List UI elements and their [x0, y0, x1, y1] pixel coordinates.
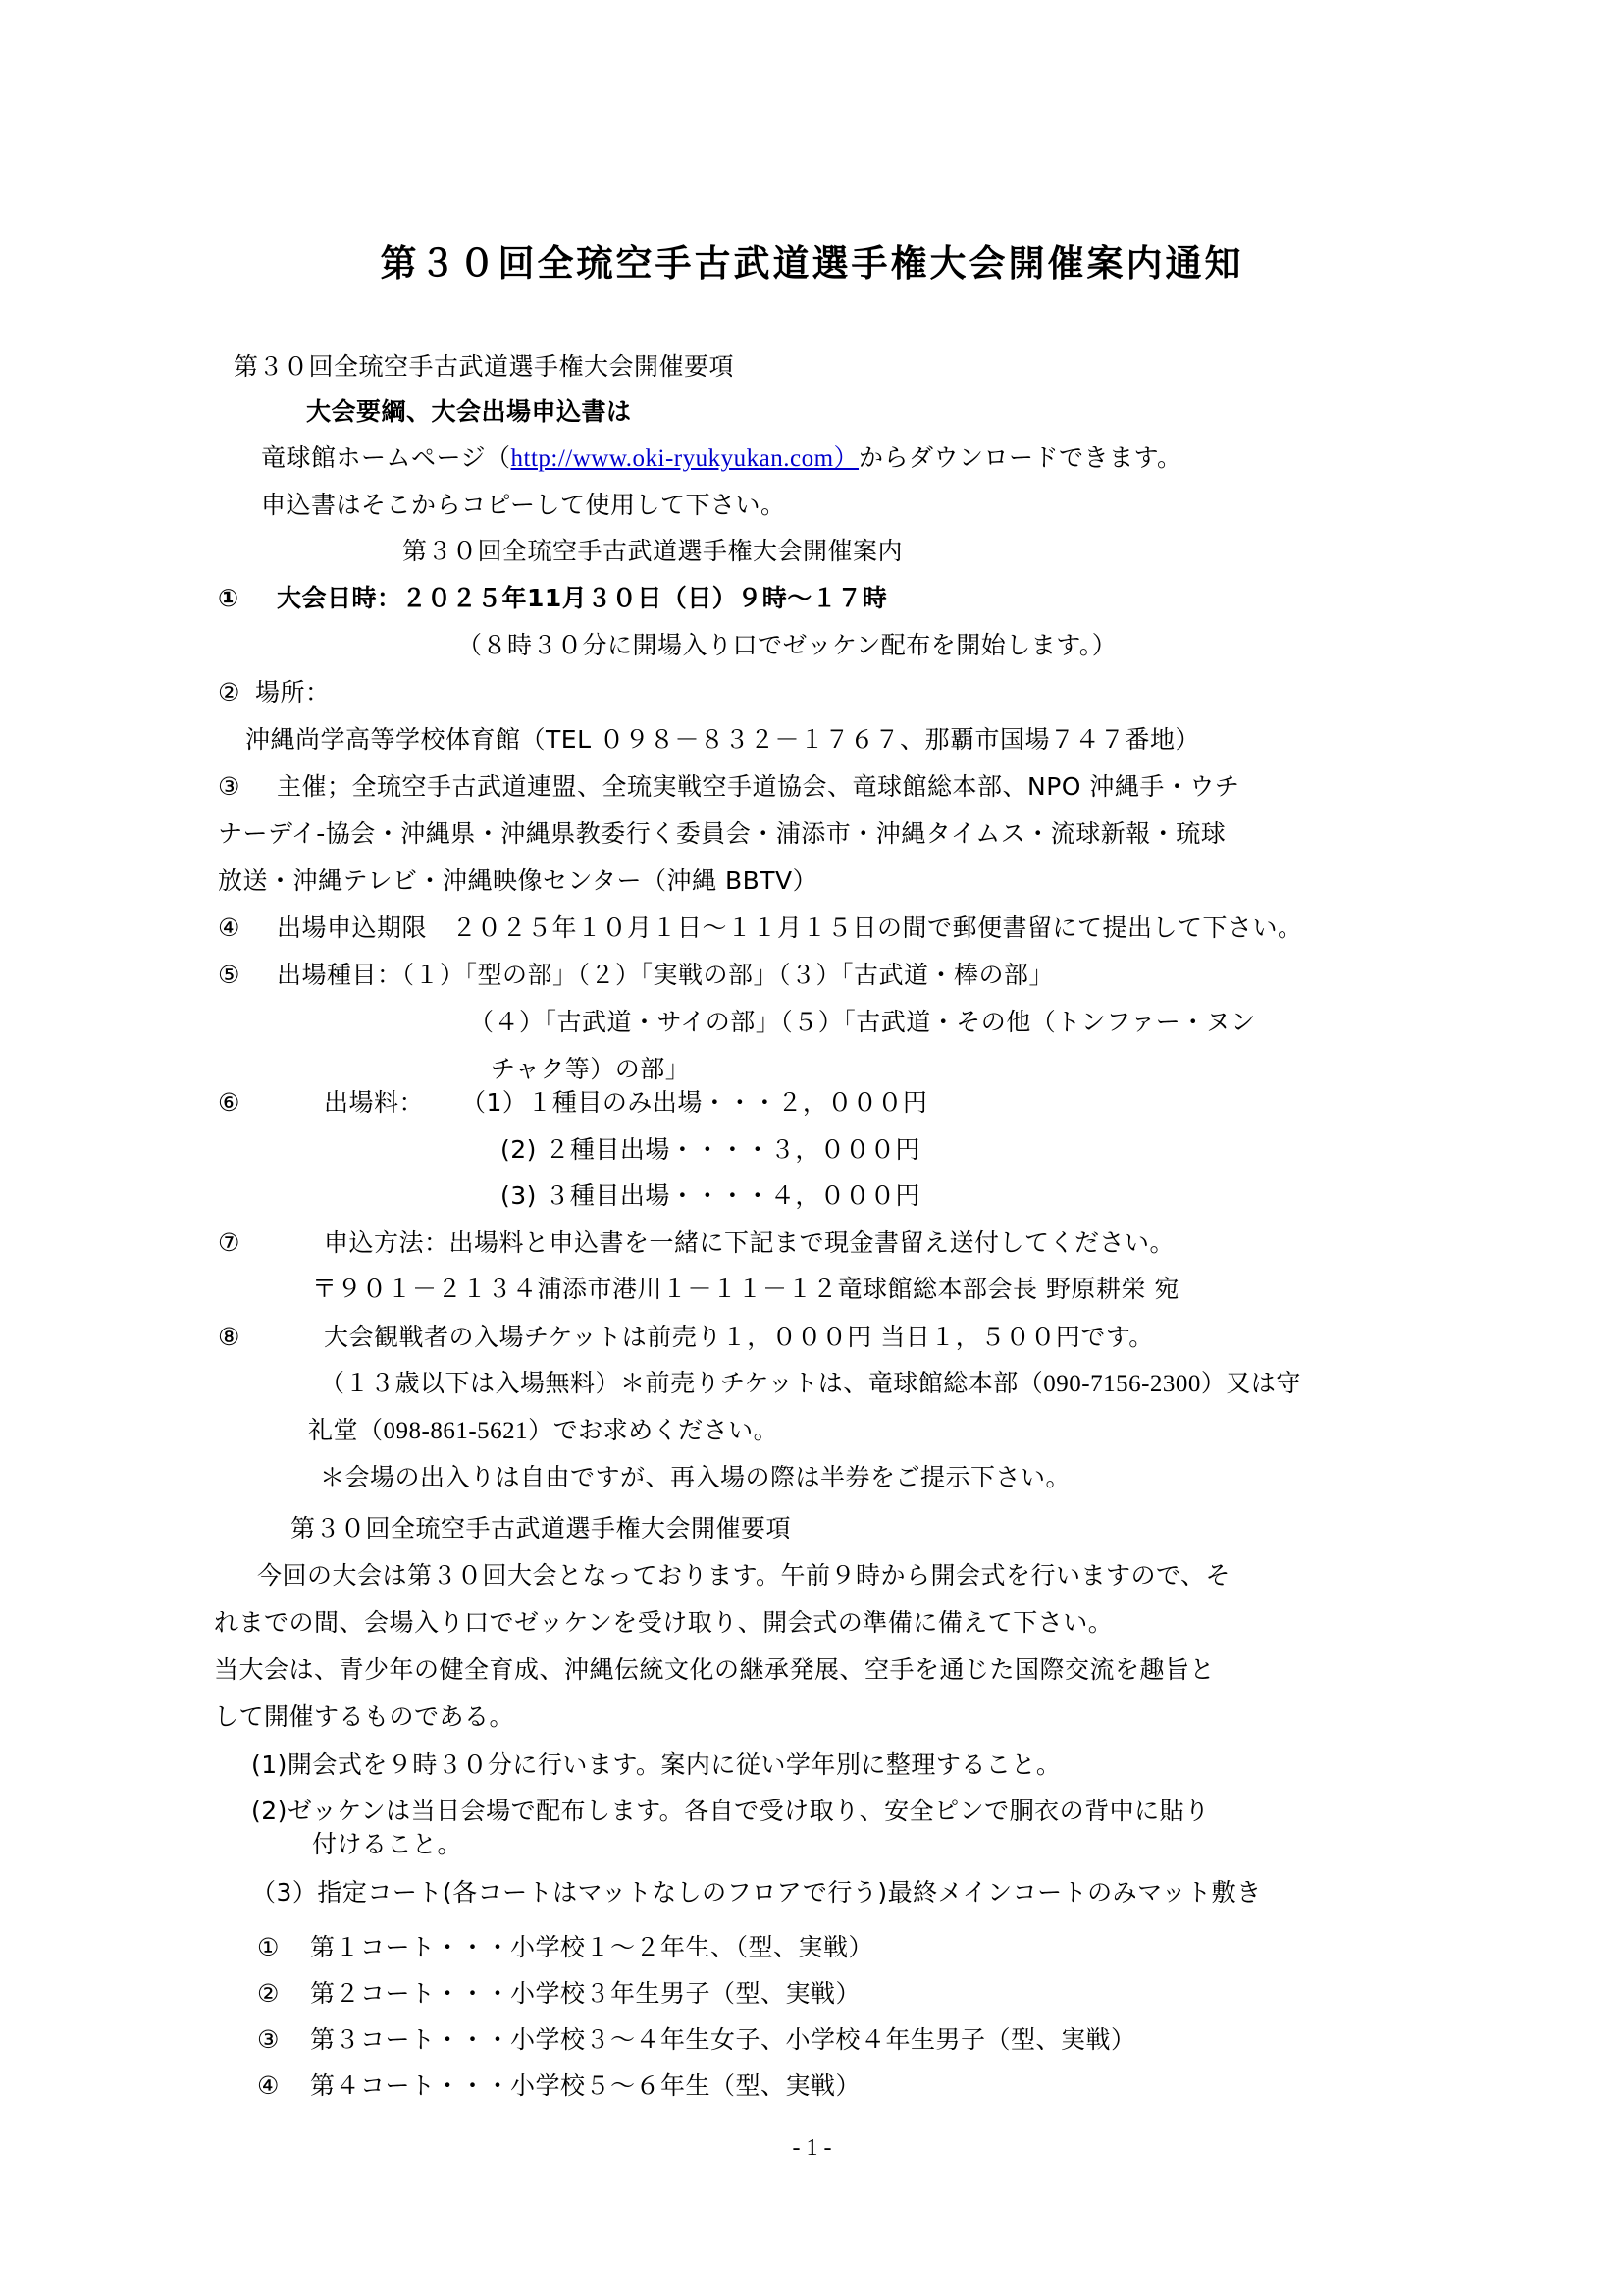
intro-heading: 第３０回全琉空手古武道選手権大会開催要項	[234, 350, 734, 384]
court-3: ③第３コート・・・小学校３～４年生女子、小学校４年生男子（型、実戦）	[257, 2023, 1136, 2057]
fee-tier-2: (2) ２種目出場・・・・３，０００円	[500, 1133, 920, 1167]
court-text: 第３コート・・・小学校３～４年生女子、小学校４年生男子（型、実戦）	[310, 2025, 1136, 2054]
item-date: ①大会日時：２０２５年11月３０日（日）９時～１７時	[218, 582, 887, 615]
intro-subheading: 第３０回全琉空手古武道選手権大会開催案内	[402, 535, 903, 568]
date-text: 大会日時：２０２５年11月３０日（日）９時～１７時	[277, 584, 887, 612]
court-text: 第４コート・・・小学校５～６年生（型、実戦）	[310, 2071, 861, 2100]
page-number: - 1 -	[0, 2135, 1624, 2162]
tickets-line-2: （１３歳以下は入場無料）＊前売りチケットは、竜球館総本部（090-7156-23…	[320, 1367, 1301, 1401]
tickets-line-2-suffix: ）又は守	[1201, 1369, 1301, 1397]
court-number: ①	[257, 1931, 310, 1964]
court-number: ②	[257, 1977, 310, 2010]
intro-line-3: 申込書はそこからコピーして使用して下さい。	[261, 489, 786, 522]
item-tickets: ⑧大会観戦者の入場チケットは前売り１，０００円 当日１，５００円です。	[218, 1321, 1154, 1355]
rule-2-continued: 付けること。	[312, 1828, 462, 1861]
method-text: 申込方法：出場料と申込書を一緒に下記まで現金書留え送付してください。	[324, 1228, 1175, 1257]
intro-line-2: 竜球館ホームページ（http://www.oki-ryukyukan.com）か…	[261, 442, 1182, 476]
court-text: 第２コート・・・小学校３年生男子（型、実戦）	[310, 1979, 861, 2008]
events-line-3: チャク等）の部」	[491, 1053, 690, 1086]
tickets-line-3-suffix: ）でお求めください。	[528, 1416, 778, 1444]
place-venue: 沖縄尚学高等学校体育館（TEL ０９８－８３２－１７６７、那覇市国場７４７番地）	[245, 723, 1200, 756]
fee-label: 出場料：	[324, 1086, 461, 1120]
item-deadline: ④出場申込期限 ２０２５年１０月１日～１１月１５日の間で郵便書留にて提出して下さ…	[218, 912, 1303, 945]
item-number: ②	[218, 676, 255, 709]
court-4: ④第４コート・・・小学校５～６年生（型、実戦）	[257, 2069, 861, 2103]
phone-ryukyukan: 090-7156-2300	[1043, 1371, 1201, 1397]
item-organizer: ③主催；全琉空手古武道連盟、全琉実戦空手道協会、竜球館総本部、NPO 沖縄手・ウ…	[218, 770, 1239, 804]
outline-para-2-line-2: して開催するものである。	[214, 1700, 514, 1734]
deadline-text: 出場申込期限 ２０２５年１０月１日～１１月１５日の間で郵便書留にて提出して下さい…	[277, 913, 1303, 942]
item-events: ⑤出場種目：（１）「型の部」（２）「実戦の部」（３）「古武道・棒の部」	[218, 959, 1054, 992]
place-label: 場所：	[255, 678, 331, 706]
item-number: ⑧	[218, 1322, 324, 1355]
phone-shureido: 098-861-5621	[384, 1418, 529, 1444]
homepage-link[interactable]: http://www.oki-ryukyukan.com）	[511, 445, 860, 472]
item-number: ⑦	[218, 1227, 324, 1261]
tickets-line-2-prefix: （１３歳以下は入場無料）＊前売りチケットは、竜球館総本部（	[320, 1369, 1043, 1397]
organizer-line-1: 主催；全琉空手古武道連盟、全琉実戦空手道協会、竜球館総本部、NPO 沖縄手・ウチ	[277, 772, 1239, 801]
events-line-1: 出場種目：（１）「型の部」（２）「実戦の部」（３）「古武道・棒の部」	[277, 961, 1054, 989]
outline-para-1-line-1: 今回の大会は第３０回大会となっております。午前９時から開会式を行いますので、そ	[257, 1559, 1231, 1592]
events-line-2: （４）「古武道・サイの部」（５）「古武道・その他（トンファー・ヌン	[469, 1006, 1256, 1039]
tickets-line-3: 礼堂（098-861-5621）でお求めください。	[308, 1414, 778, 1448]
item-number: ③	[218, 770, 277, 804]
item-number: ④	[218, 912, 277, 945]
court-number: ③	[257, 2023, 310, 2057]
intro-line-2-suffix: からダウンロードできます。	[859, 443, 1182, 472]
outline-heading: 第３０回全琉空手古武道選手権大会開催要項	[290, 1512, 791, 1545]
document-title: 第３０回全琉空手古武道選手権大会開催案内通知	[0, 234, 1624, 287]
rule-2: (2)ゼッケンは当日会場で配布します。各自で受け取り、安全ピンで胴衣の背中に貼り	[251, 1795, 1210, 1828]
date-note: （８時３０分に開場入り口でゼッケン配布を開始します。）	[457, 629, 1117, 662]
organizer-line-3: 放送・沖縄テレビ・沖縄映像センター（沖縄 BBTV）	[218, 864, 817, 898]
court-2: ②第２コート・・・小学校３年生男子（型、実戦）	[257, 1977, 861, 2010]
intro-line-1: 大会要綱、大会出場申込書は	[306, 395, 632, 429]
court-number: ④	[257, 2069, 310, 2103]
outline-para-2-line-1: 当大会は、青少年の健全育成、沖縄伝統文化の継承発展、空手を通じた国際交流を趣旨と	[214, 1653, 1215, 1687]
court-text: 第１コート・・・小学校１～２年生、（型、実戦）	[310, 1933, 873, 1961]
tickets-line-1: 大会観戦者の入場チケットは前売り１，０００円 当日１，５００円です。	[324, 1323, 1154, 1351]
rule-3: （3）指定コート(各コートはマットなしのフロアで行う)最終メインコートのみマット…	[251, 1876, 1262, 1909]
organizer-line-2: ナーデイ-協会・沖縄県・沖縄県教委行く委員会・浦添市・沖縄タイムス・流球新報・琉…	[218, 817, 1226, 851]
court-1: ①第１コート・・・小学校１～２年生、（型、実戦）	[257, 1931, 873, 1964]
item-number: ⑤	[218, 959, 277, 992]
item-place: ②場所：	[218, 676, 331, 709]
fee-tier-1: （1）１種目のみ出場・・・２，０００円	[461, 1088, 927, 1117]
intro-line-2-prefix: 竜球館ホームページ（	[261, 443, 511, 472]
tickets-line-4: ＊会場の出入りは自由ですが、再入場の際は半券をご提示下さい。	[320, 1461, 1071, 1494]
item-number: ①	[218, 582, 277, 615]
outline-para-1-line-2: れまでの間、会場入り口でゼッケンを受け取り、開会式の準備に備えて下さい。	[214, 1606, 1113, 1640]
item-method: ⑦申込方法：出場料と申込書を一緒に下記まで現金書留え送付してください。	[218, 1226, 1175, 1261]
item-number: ⑥	[218, 1087, 324, 1121]
rule-1: (1)開会式を９時３０分に行います。案内に従い学年別に整理すること。	[251, 1748, 1061, 1782]
fee-tier-3: (3) ３種目出場・・・・４，０００円	[500, 1179, 920, 1213]
item-fee: ⑥出場料：（1）１種目のみ出場・・・２，０００円	[218, 1086, 927, 1121]
tickets-line-3-prefix: 礼堂（	[308, 1416, 384, 1444]
method-address: 〒９０１－２１３４浦添市港川１－１１－１２竜球館総本部会長 野原耕栄 宛	[312, 1273, 1179, 1306]
